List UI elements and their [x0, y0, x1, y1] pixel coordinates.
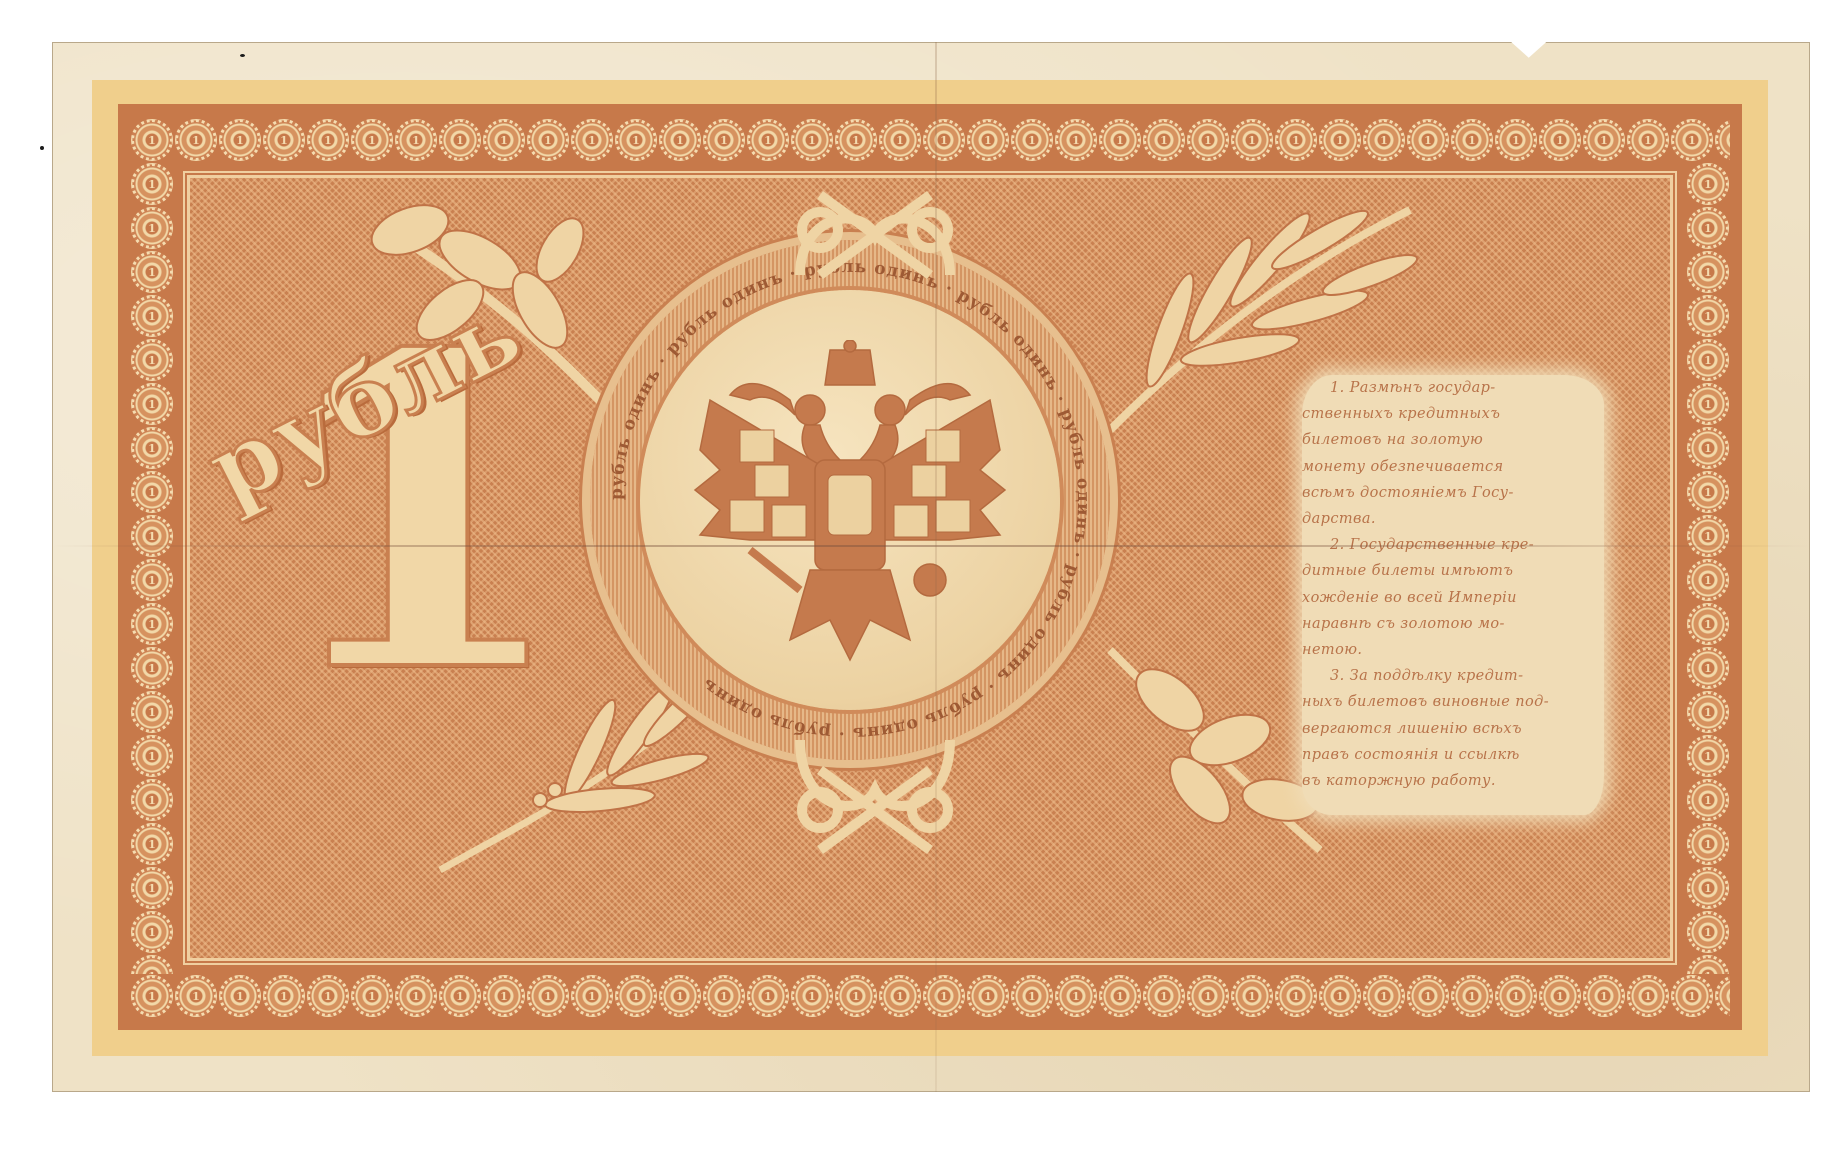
- border-ring: 1: [923, 119, 965, 161]
- border-ring: 1: [219, 119, 261, 161]
- border-ring: 1: [1187, 119, 1229, 161]
- border-ring: 1: [1687, 911, 1729, 953]
- notice-line: наравнѣ съ золотою мо-: [1302, 611, 1604, 637]
- border-ring: 1: [1363, 119, 1405, 161]
- border-ring: 1: [1687, 295, 1729, 337]
- oak-branch-bottom-right-icon: [1090, 630, 1330, 860]
- notice-line: всѣмъ достояніемъ Госу-: [1302, 480, 1604, 506]
- border-ring: 1: [747, 119, 789, 161]
- border-ring: 1: [1539, 119, 1581, 161]
- border-ring: 1: [1687, 471, 1729, 513]
- vertical-fold-crease: [935, 42, 937, 1092]
- border-ring: 1: [1363, 975, 1405, 1017]
- border-ring: 1: [1539, 975, 1581, 1017]
- border-ring: 1: [131, 251, 173, 293]
- border-ring: 1: [1627, 119, 1669, 161]
- border-ring: 1: [395, 975, 437, 1017]
- border-ring: 1: [131, 779, 173, 821]
- border-ring: 1: [923, 975, 965, 1017]
- notice-line: 3. За поддѣлку кредит-: [1302, 663, 1604, 689]
- border-ring: 1: [1187, 975, 1229, 1017]
- border-ring: 1: [1687, 559, 1729, 601]
- border-ring: 1: [1687, 779, 1729, 821]
- notice-line: 1. Размѣнъ государ-: [1302, 375, 1604, 401]
- chain-border-right: 1111111111111111111: [1686, 162, 1730, 974]
- notice-line: ственныхъ кредитныхъ: [1302, 401, 1604, 427]
- notice-line: дитные билеты имѣютъ: [1302, 558, 1604, 584]
- border-ring: 1: [131, 163, 173, 205]
- border-ring: 1: [131, 207, 173, 249]
- border-ring: 1: [1319, 119, 1361, 161]
- border-ring: 1: [131, 515, 173, 557]
- border-ring: 1: [1687, 867, 1729, 909]
- border-ring: 1: [1011, 975, 1053, 1017]
- border-ring: 1: [131, 867, 173, 909]
- border-ring: 1: [439, 119, 481, 161]
- border-ring: 1: [791, 975, 833, 1017]
- border-ring: 1: [1687, 207, 1729, 249]
- notice-line: хожденіе во всей Имперіи: [1302, 585, 1604, 611]
- border-ring: 1: [1687, 339, 1729, 381]
- border-ring: 1: [439, 975, 481, 1017]
- border-ring: 1: [131, 975, 173, 1017]
- chain-border-left: 1111111111111111111: [130, 162, 174, 974]
- border-ring: 1: [1495, 119, 1537, 161]
- border-ring: 1: [351, 119, 393, 161]
- border-ring: 1: [1687, 955, 1729, 974]
- top-knot-ornament-icon: [780, 175, 970, 285]
- border-ring: 1: [1451, 975, 1493, 1017]
- border-ring: 1: [131, 735, 173, 777]
- notice-line: нетою.: [1302, 637, 1604, 663]
- border-ring: 1: [1671, 975, 1713, 1017]
- notice-line: правъ состоянія и ссылкѣ: [1302, 742, 1604, 768]
- border-ring: 1: [615, 119, 657, 161]
- border-ring: 1: [219, 975, 261, 1017]
- border-ring: 1: [1143, 119, 1185, 161]
- border-ring: 1: [1715, 119, 1730, 161]
- border-ring: 1: [175, 975, 217, 1017]
- notice-line: вергаются лишенію всѣхъ: [1302, 716, 1604, 742]
- dust-speck: [240, 54, 245, 57]
- border-ring: 1: [131, 471, 173, 513]
- border-ring: 1: [131, 427, 173, 469]
- border-ring: 1: [1055, 119, 1097, 161]
- border-ring: 1: [1011, 119, 1053, 161]
- bottom-knot-ornament-icon: [780, 730, 970, 870]
- border-ring: 1: [1143, 975, 1185, 1017]
- notice-line: монету обезпечивается: [1302, 454, 1604, 480]
- border-ring: 1: [131, 603, 173, 645]
- border-ring: 1: [1687, 163, 1729, 205]
- border-ring: 1: [879, 975, 921, 1017]
- border-ring: 1: [571, 975, 613, 1017]
- border-ring: 1: [1407, 975, 1449, 1017]
- border-ring: 1: [1583, 119, 1625, 161]
- border-ring: 1: [967, 975, 1009, 1017]
- border-ring: 1: [835, 119, 877, 161]
- notice-line: въ каторжную работу.: [1302, 768, 1604, 794]
- border-ring: 1: [1627, 975, 1669, 1017]
- notice-line: дарства.: [1302, 506, 1604, 532]
- border-ring: 1: [1687, 691, 1729, 733]
- notice-line: ныхъ билетовъ виновные под-: [1302, 689, 1604, 715]
- border-ring: 1: [307, 975, 349, 1017]
- border-ring: 1: [131, 691, 173, 733]
- border-ring: 1: [175, 119, 217, 161]
- border-ring: 1: [483, 975, 525, 1017]
- border-ring: 1: [1319, 975, 1361, 1017]
- border-ring: 1: [1687, 823, 1729, 865]
- border-ring: 1: [131, 295, 173, 337]
- border-ring: 1: [659, 975, 701, 1017]
- border-ring: 1: [1687, 603, 1729, 645]
- border-ring: 1: [395, 119, 437, 161]
- border-ring: 1: [263, 119, 305, 161]
- border-ring: 1: [1687, 383, 1729, 425]
- border-ring: 1: [1451, 119, 1493, 161]
- border-ring: 1: [1231, 975, 1273, 1017]
- chain-border-top: 11111111111111111111111111111111111111: [130, 118, 1730, 162]
- border-ring: 1: [1099, 119, 1141, 161]
- border-ring: 1: [263, 975, 305, 1017]
- border-ring: 1: [307, 119, 349, 161]
- border-ring: 1: [1687, 735, 1729, 777]
- border-ring: 1: [131, 823, 173, 865]
- border-ring: 1: [791, 119, 833, 161]
- border-ring: 1: [879, 119, 921, 161]
- border-ring: 1: [351, 975, 393, 1017]
- border-ring: 1: [483, 119, 525, 161]
- border-ring: 1: [131, 559, 173, 601]
- border-ring: 1: [527, 119, 569, 161]
- border-ring: 1: [1275, 975, 1317, 1017]
- border-ring: 1: [131, 647, 173, 689]
- horizontal-fold-crease: [52, 545, 1810, 547]
- border-ring: 1: [1495, 975, 1537, 1017]
- border-ring: 1: [131, 955, 173, 974]
- border-ring: 1: [527, 975, 569, 1017]
- border-ring: 1: [703, 975, 745, 1017]
- border-ring: 1: [1055, 975, 1097, 1017]
- border-ring: 1: [835, 975, 877, 1017]
- border-ring: 1: [703, 119, 745, 161]
- double-headed-eagle-icon: [690, 340, 1010, 670]
- dust-speck: [40, 146, 44, 150]
- border-ring: 1: [131, 339, 173, 381]
- border-ring: 1: [1687, 515, 1729, 557]
- border-ring: 1: [1583, 975, 1625, 1017]
- border-ring: 1: [967, 119, 1009, 161]
- border-ring: 1: [131, 119, 173, 161]
- border-ring: 1: [1275, 119, 1317, 161]
- border-ring: 1: [1099, 975, 1141, 1017]
- border-ring: 1: [571, 119, 613, 161]
- border-ring: 1: [1231, 119, 1273, 161]
- notice-line: билетовъ на золотую: [1302, 427, 1604, 453]
- border-ring: 1: [131, 383, 173, 425]
- border-ring: 1: [747, 975, 789, 1017]
- border-ring: 1: [1687, 427, 1729, 469]
- chain-border-bottom: 11111111111111111111111111111111111111: [130, 974, 1730, 1018]
- border-ring: 1: [1687, 647, 1729, 689]
- border-ring: 1: [1687, 251, 1729, 293]
- border-ring: 1: [1407, 119, 1449, 161]
- border-ring: 1: [659, 119, 701, 161]
- border-ring: 1: [131, 911, 173, 953]
- legal-notice-panel: 1. Размѣнъ государ- ственныхъ кредитныхъ…: [1302, 375, 1604, 815]
- border-ring: 1: [1671, 119, 1713, 161]
- border-ring: 1: [1715, 975, 1730, 1017]
- border-ring: 1: [615, 975, 657, 1017]
